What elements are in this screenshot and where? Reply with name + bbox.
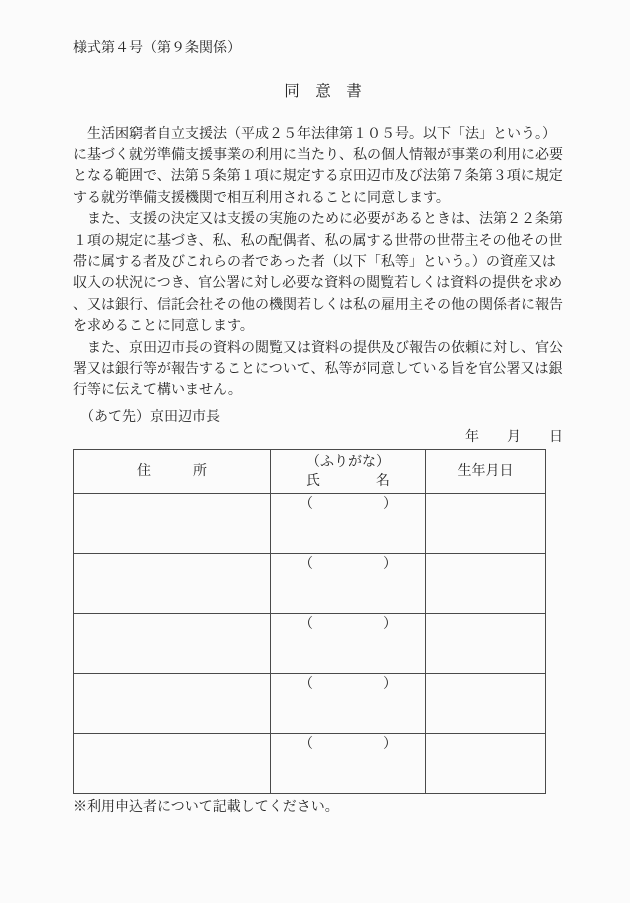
name-cell: （ ） bbox=[271, 734, 426, 794]
furigana-paren: （ ） bbox=[299, 557, 397, 572]
birthdate-cell bbox=[426, 494, 546, 554]
table-row: （ ） bbox=[74, 734, 546, 794]
birthdate-cell bbox=[426, 554, 546, 614]
address-cell bbox=[74, 734, 271, 794]
signature-table: 住 所 （ふりがな） 氏 名 生年月日 （ ） bbox=[73, 449, 546, 794]
birthdate-cell bbox=[426, 734, 546, 794]
furigana-paren: （ ） bbox=[299, 737, 397, 752]
table-row: （ ） bbox=[74, 554, 546, 614]
address-cell bbox=[74, 494, 271, 554]
furigana-paren: （ ） bbox=[299, 617, 397, 632]
furigana-paren: （ ） bbox=[299, 677, 397, 692]
form-number: 様式第４号（第９条関係） bbox=[73, 38, 573, 59]
body-paragraph-1: 生活困窮者自立支援法（平成２５年法律第１０５号。以下「法」という。） に基づく就… bbox=[73, 124, 573, 210]
body-paragraph-2: また、支援の決定又は支援の実施のために必要があるときは、法第２２条第 １項の規定… bbox=[73, 209, 573, 337]
addressee-line: （あて先）京田辺市長 bbox=[73, 407, 573, 428]
footnote: ※利用申込者について記載してください。 bbox=[73, 797, 573, 818]
document-body: 様式第４号（第９条関係） 同 意 書 生活困窮者自立支援法（平成２５年法律第１０… bbox=[73, 38, 573, 819]
table-row: （ ） bbox=[74, 674, 546, 734]
consent-form-page: 様式第４号（第９条関係） 同 意 書 生活困窮者自立支援法（平成２５年法律第１０… bbox=[0, 0, 630, 903]
name-cell: （ ） bbox=[271, 614, 426, 674]
birthdate-cell bbox=[426, 614, 546, 674]
date-line: 年 月 日 bbox=[73, 428, 563, 448]
table-row: （ ） bbox=[74, 614, 546, 674]
address-cell bbox=[74, 554, 271, 614]
col-header-name: （ふりがな） 氏 名 bbox=[271, 450, 426, 494]
page-title: 同 意 書 bbox=[73, 81, 573, 102]
birthdate-cell bbox=[426, 674, 546, 734]
name-cell: （ ） bbox=[271, 674, 426, 734]
col-header-name-label: 氏 名 bbox=[271, 472, 425, 491]
address-cell bbox=[74, 674, 271, 734]
table-header-row: 住 所 （ふりがな） 氏 名 生年月日 bbox=[74, 450, 546, 494]
body-paragraph-3: また、京田辺市長の資料の閲覧又は資料の提供及び報告の依頼に対し、官公 署又は銀行… bbox=[73, 338, 573, 402]
col-header-birthdate: 生年月日 bbox=[426, 450, 546, 494]
name-cell: （ ） bbox=[271, 494, 426, 554]
table-row: （ ） bbox=[74, 494, 546, 554]
furigana-paren: （ ） bbox=[299, 497, 397, 512]
address-cell bbox=[74, 614, 271, 674]
col-header-address: 住 所 bbox=[74, 450, 271, 494]
name-cell: （ ） bbox=[271, 554, 426, 614]
col-header-furigana: （ふりがな） bbox=[271, 453, 425, 472]
